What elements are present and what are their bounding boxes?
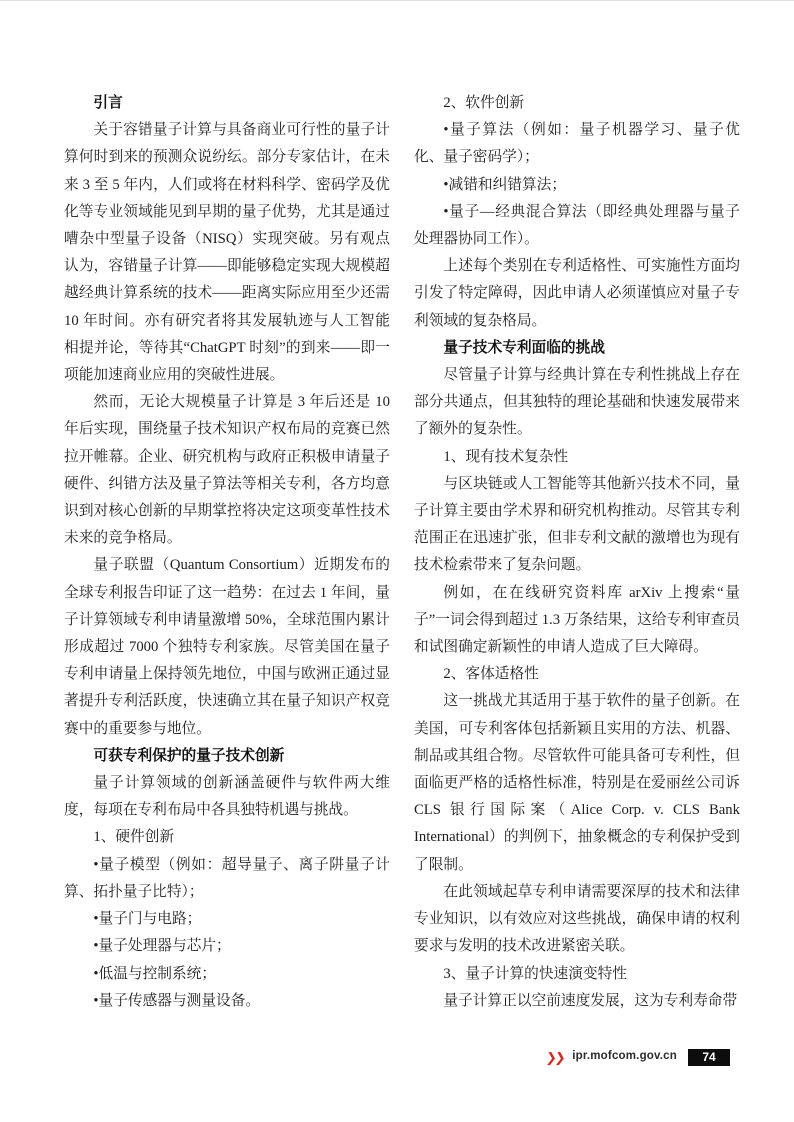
bullet-item: •量子门与电路； (64, 906, 390, 933)
body-paragraph: 尽管量子计算与经典计算在专利性挑战上存在部分共通点，但其独特的理论基础和快速发展… (414, 362, 740, 444)
body-paragraph: 这一挑战尤其适用于基于软件的量子创新。在美国，可专利客体包括新颖且实用的方法、机… (414, 688, 740, 878)
bullet-item: •量子处理器与芯片； (64, 933, 390, 960)
body-paragraph: 例如，在在线研究资料库 arXiv 上搜索“量子”一词会得到超过 1.3 万条结… (414, 580, 740, 662)
body-paragraph: 量子联盟（Quantum Consortium）近期发布的全球专利报告印证了这一… (64, 552, 390, 742)
section-heading: 引言 (64, 90, 390, 117)
bullet-item: •量子—经典混合算法（即经典处理器与量子处理器协同工作）。 (414, 199, 740, 253)
numbered-subheading: 2、软件创新 (414, 90, 740, 117)
body-paragraph: 量子计算正以空前速度发展，这为专利寿命带 (414, 988, 740, 1015)
bullet-item: •低温与控制系统； (64, 961, 390, 988)
numbered-subheading: 1、硬件创新 (64, 824, 390, 851)
left-column: 引言关于容错量子计算与具备商业可行性的量子计算何时到来的预测众说纷纭。部分专家估… (64, 90, 390, 1015)
page-footer: ❯❯ ipr.mofcom.gov.cn 74 (0, 1046, 730, 1068)
body-paragraph: 关于容错量子计算与具备商业可行性的量子计算何时到来的预测众说纷纭。部分专家估计，… (64, 117, 390, 389)
page-number-badge: 74 (688, 1049, 730, 1066)
double-chevron-icon: ❯❯ (546, 1051, 565, 1064)
body-paragraph: 量子计算领域的创新涵盖硬件与软件两大维度，每项在专利布局中各具独特机遇与挑战。 (64, 770, 390, 824)
bullet-item: •量子传感器与测量设备。 (64, 988, 390, 1015)
numbered-subheading: 1、现有技术复杂性 (414, 444, 740, 471)
bullet-item: •量子算法（例如：量子机器学习、量子优化、量子密码学）； (414, 117, 740, 171)
bullet-item: •减错和纠错算法； (414, 172, 740, 199)
numbered-subheading: 2、客体适格性 (414, 661, 740, 688)
body-paragraph: 上述每个类别在专利适格性、可实施性方面均引发了特定障碍，因此申请人必须谨慎应对量… (414, 253, 740, 335)
body-paragraph: 在此领域起草专利申请需要深厚的技术和法律专业知识，以有效应对这些挑战，确保申请的… (414, 879, 740, 961)
right-column: 2、软件创新•量子算法（例如：量子机器学习、量子优化、量子密码学）；•减错和纠错… (414, 90, 740, 1015)
numbered-subheading: 3、量子计算的快速演变特性 (414, 961, 740, 988)
body-paragraph: 与区块链或人工智能等其他新兴技术不同，量子计算主要由学术界和研究机构推动。尽管其… (414, 471, 740, 580)
bullet-item: •量子模型（例如：超导量子、离子阱量子计算、拓扑量子比特）； (64, 852, 390, 906)
section-heading: 可获专利保护的量子技术创新 (64, 743, 390, 770)
body-paragraph: 然而，无论大规模量子计算是 3 年后还是 10 年后实现，围绕量子技术知识产权布… (64, 389, 390, 552)
document-page: 引言关于容错量子计算与具备商业可行性的量子计算何时到来的预测众说纷纭。部分专家估… (0, 0, 794, 1122)
section-heading: 量子技术专利面临的挑战 (414, 335, 740, 362)
footer-url: ipr.mofcom.gov.cn (572, 1051, 677, 1063)
page-top-edge (0, 0, 794, 1)
